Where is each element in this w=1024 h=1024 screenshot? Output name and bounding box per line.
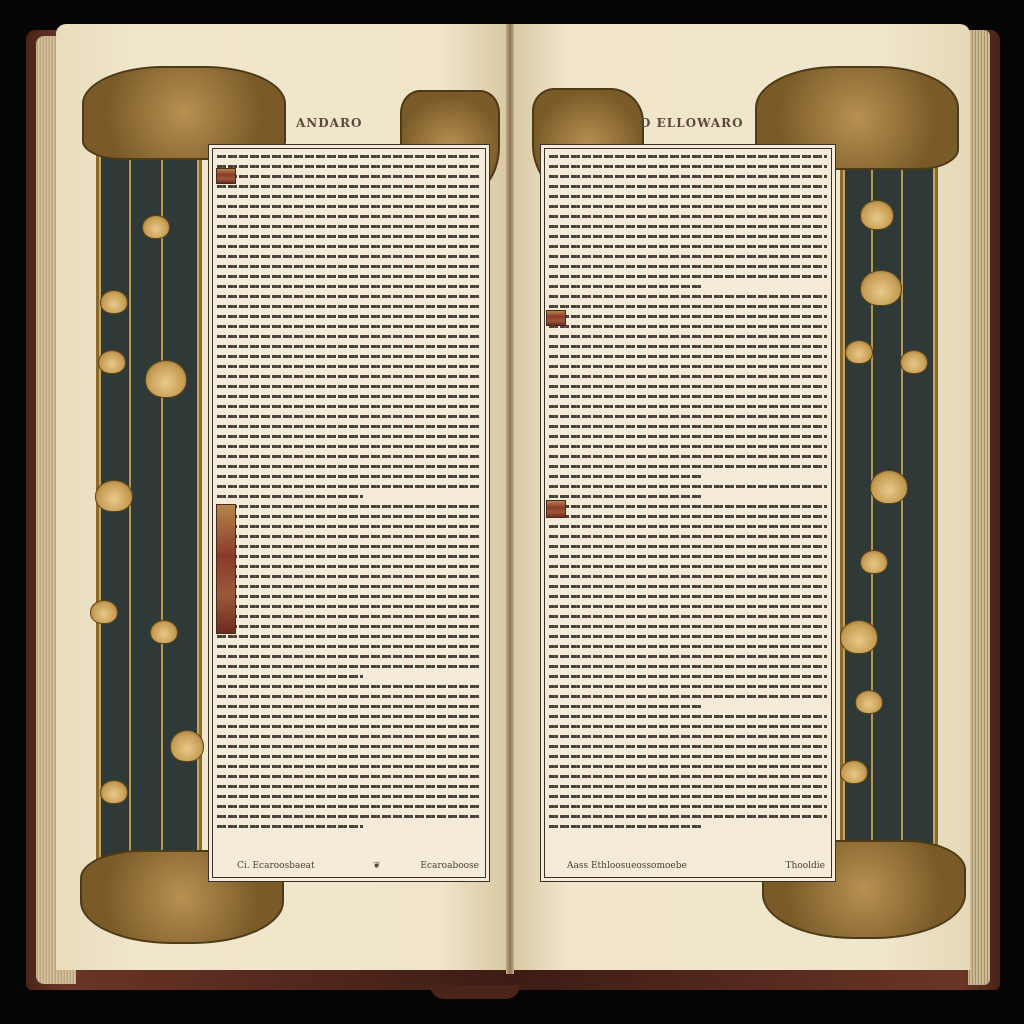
text-line [217, 715, 481, 718]
left-text-column: Ci. Ecaroosbaeat ❦ Ecaroaboose [212, 148, 486, 878]
text-line [549, 205, 827, 208]
text-line [549, 585, 827, 588]
text-line [549, 285, 702, 288]
text-line [217, 615, 481, 618]
text-line [217, 535, 481, 538]
text-line [217, 205, 481, 208]
text-line [217, 495, 363, 498]
flower-icon [90, 600, 118, 624]
text-line [217, 795, 481, 798]
text-line [217, 505, 481, 508]
text-line [549, 815, 827, 818]
text-line [549, 595, 827, 598]
text-line [549, 445, 827, 448]
text-line [217, 285, 481, 288]
text-line [549, 685, 827, 688]
text-line [217, 325, 481, 328]
text-line [217, 195, 481, 198]
text-line [217, 625, 481, 628]
text-line [549, 615, 827, 618]
text-line [217, 655, 481, 658]
text-line [549, 405, 827, 408]
text-line [549, 525, 827, 528]
text-line [549, 705, 702, 708]
flower-icon [860, 550, 888, 574]
flower-icon [145, 360, 187, 398]
text-line [549, 795, 827, 798]
text-line [217, 305, 481, 308]
text-line [549, 455, 827, 458]
text-line [217, 225, 481, 228]
text-line [217, 695, 481, 698]
text-line [549, 335, 827, 338]
text-line [217, 265, 481, 268]
right-drop-cap-medium [546, 500, 566, 518]
text-line [217, 485, 481, 488]
text-line [217, 665, 481, 668]
text-line [549, 345, 827, 348]
text-line [217, 755, 481, 758]
text-line [549, 695, 827, 698]
flower-icon [170, 730, 204, 762]
text-line [549, 575, 827, 578]
text-line [217, 355, 481, 358]
left-footer-left: Ci. Ecaroosbaeat [237, 861, 315, 871]
text-line [549, 165, 827, 168]
text-line [549, 535, 827, 538]
text-line [217, 175, 481, 178]
text-line [549, 495, 702, 498]
text-line [549, 235, 827, 238]
right-text-column: Aass Ethloosueossomoebe Thooldie [544, 148, 832, 878]
flower-icon [98, 350, 126, 374]
text-line [217, 515, 481, 518]
text-line [549, 785, 827, 788]
text-line [217, 815, 481, 818]
text-line [217, 235, 481, 238]
flower-icon [95, 480, 133, 512]
left-drop-cap-small [216, 168, 236, 184]
text-line [549, 305, 827, 308]
text-line [549, 155, 827, 158]
text-line [549, 425, 827, 428]
text-line [549, 645, 827, 648]
flower-icon [840, 760, 868, 784]
left-running-head: ANDARO [296, 116, 362, 130]
text-line [549, 805, 827, 808]
text-line [217, 185, 481, 188]
text-line [217, 405, 481, 408]
text-line [549, 195, 827, 198]
text-line [549, 515, 827, 518]
text-line [549, 475, 702, 478]
text-line [549, 545, 827, 548]
text-line [549, 775, 827, 778]
text-line [217, 735, 481, 738]
text-line [217, 365, 481, 368]
text-line [217, 165, 481, 168]
text-line [217, 275, 481, 278]
text-line [217, 685, 481, 688]
text-line [549, 755, 827, 758]
flower-icon [845, 340, 873, 364]
scene-background: ANDARO O ELLOWARO Ci. Ecaroosbaeat ❦ Eca… [0, 0, 1024, 1024]
right-footer-left: Aass Ethloosueossomoebe [567, 861, 687, 871]
text-line [217, 465, 481, 468]
right-running-head: O ELLOWARO [640, 116, 744, 130]
text-line [549, 605, 827, 608]
text-line [217, 215, 481, 218]
text-line [217, 605, 481, 608]
right-drop-cap-small [546, 310, 566, 326]
text-line [217, 635, 481, 638]
text-line [549, 175, 827, 178]
text-line [549, 675, 827, 678]
flower-icon [150, 620, 178, 644]
text-line [549, 245, 827, 248]
text-line [549, 825, 702, 828]
text-line [217, 775, 481, 778]
text-line [549, 725, 827, 728]
text-line [217, 555, 481, 558]
text-line [549, 365, 827, 368]
text-line [217, 675, 363, 678]
text-line [217, 245, 481, 248]
text-line [217, 745, 481, 748]
text-line [217, 155, 481, 158]
text-line [549, 375, 827, 378]
text-line [217, 585, 481, 588]
text-line [217, 425, 481, 428]
left-footer-right: Ecaroaboose [420, 861, 479, 871]
text-line [549, 665, 827, 668]
text-line [217, 375, 481, 378]
flower-icon [900, 350, 928, 374]
text-line [217, 705, 481, 708]
flower-icon [100, 780, 128, 804]
text-line [217, 545, 481, 548]
text-line [549, 295, 827, 298]
text-line [217, 805, 481, 808]
spine-bottom [430, 985, 520, 999]
text-line [549, 185, 827, 188]
text-line [217, 475, 481, 478]
text-line [549, 565, 827, 568]
flower-icon [860, 200, 894, 230]
text-line [549, 505, 827, 508]
text-line [217, 445, 481, 448]
text-line [217, 335, 481, 338]
left-footer-ornament: ❦ [373, 861, 381, 871]
left-drop-cap-large [216, 504, 236, 634]
right-footer-right: Thooldie [786, 861, 825, 871]
text-line [549, 435, 827, 438]
text-line [217, 575, 481, 578]
text-line [549, 745, 827, 748]
text-line [549, 765, 827, 768]
text-line [217, 525, 481, 528]
text-line [217, 645, 481, 648]
flower-icon [100, 290, 128, 314]
text-line [549, 735, 827, 738]
flower-icon [855, 690, 883, 714]
text-line [549, 225, 827, 228]
flower-icon [870, 470, 908, 504]
text-line [217, 395, 481, 398]
text-line [549, 315, 827, 318]
text-line [549, 555, 827, 558]
text-line [217, 385, 481, 388]
text-line [217, 435, 481, 438]
left-top-ornament [82, 66, 286, 160]
text-line [549, 255, 827, 258]
text-line [549, 715, 827, 718]
text-line [549, 625, 827, 628]
text-line [549, 325, 827, 328]
text-line [217, 825, 363, 828]
text-line [217, 765, 481, 768]
text-line [549, 355, 827, 358]
text-line [217, 295, 481, 298]
text-line [217, 455, 481, 458]
text-line [549, 655, 827, 658]
text-line [549, 465, 827, 468]
text-line [217, 345, 481, 348]
text-line [217, 315, 481, 318]
text-line [217, 255, 481, 258]
flower-icon [142, 215, 170, 239]
text-line [549, 215, 827, 218]
text-line [217, 415, 481, 418]
flower-icon [840, 620, 878, 654]
text-line [549, 385, 827, 388]
book-gutter [506, 24, 514, 974]
text-line [217, 565, 481, 568]
text-line [549, 415, 827, 418]
text-line [549, 265, 827, 268]
text-line [549, 395, 827, 398]
text-line [549, 275, 827, 278]
page-edges-right [968, 30, 990, 985]
text-line [217, 785, 481, 788]
text-line [217, 595, 481, 598]
text-line [217, 725, 481, 728]
flower-icon [860, 270, 902, 306]
text-line [549, 635, 827, 638]
text-line [549, 485, 827, 488]
